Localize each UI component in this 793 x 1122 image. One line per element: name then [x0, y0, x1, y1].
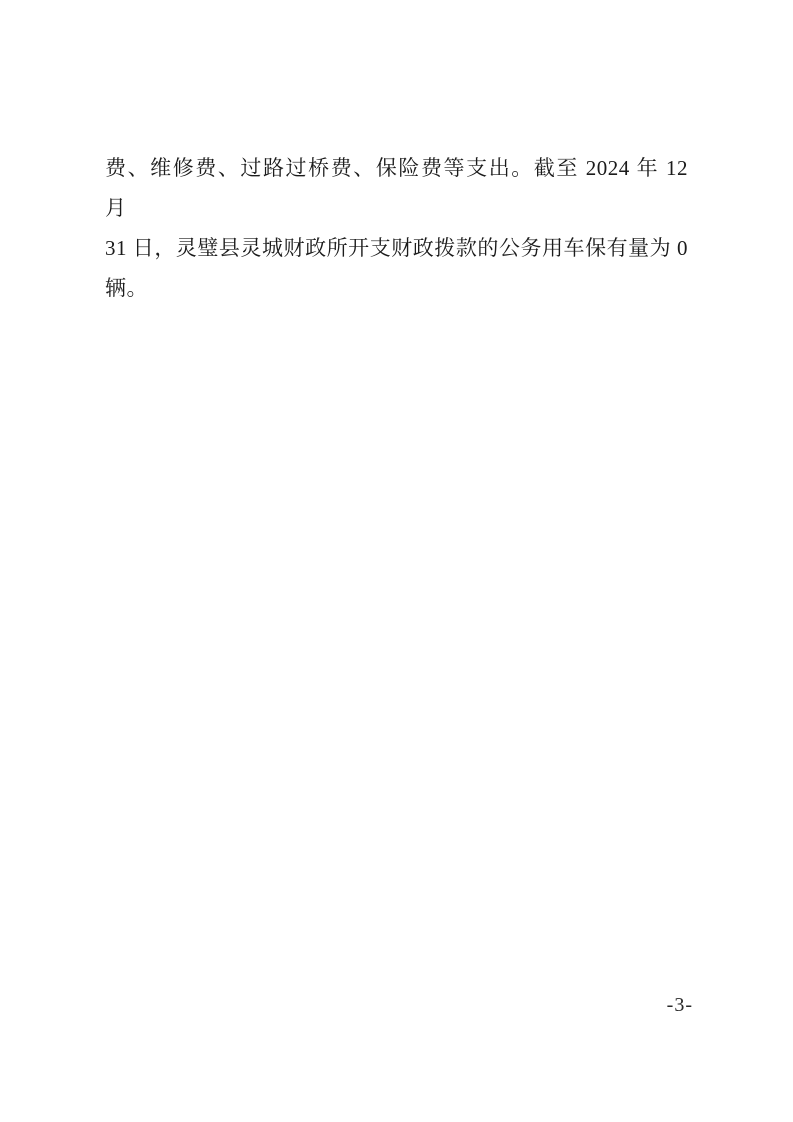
body-paragraph: 费、维修费、过路过桥费、保险费等支出。截至 2024 年 12 月 31 日，灵…: [105, 148, 688, 308]
text-line-3: 辆。: [105, 268, 688, 308]
document-page: 费、维修费、过路过桥费、保险费等支出。截至 2024 年 12 月 31 日，灵…: [0, 0, 793, 1122]
text-line-1: 费、维修费、过路过桥费、保险费等支出。截至 2024 年 12 月: [105, 148, 688, 228]
text-line-2: 31 日，灵璧县灵城财政所开支财政拨款的公务用车保有量为 0: [105, 228, 688, 268]
page-number: -3-: [667, 993, 693, 1017]
